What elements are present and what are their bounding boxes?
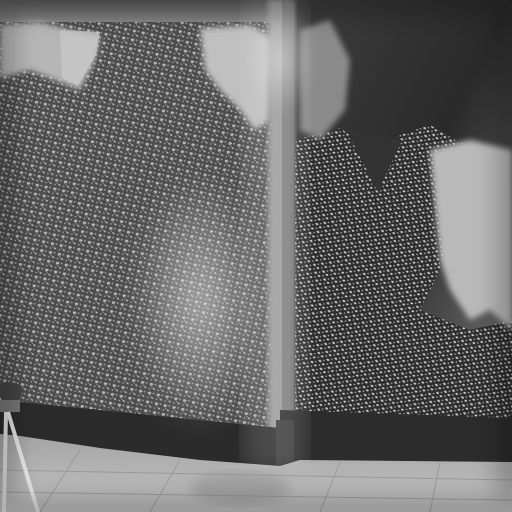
photograph: Black-and-white photograph of a corner o… <box>0 0 512 512</box>
photo-canvas <box>0 0 512 512</box>
right-wall <box>290 0 512 440</box>
